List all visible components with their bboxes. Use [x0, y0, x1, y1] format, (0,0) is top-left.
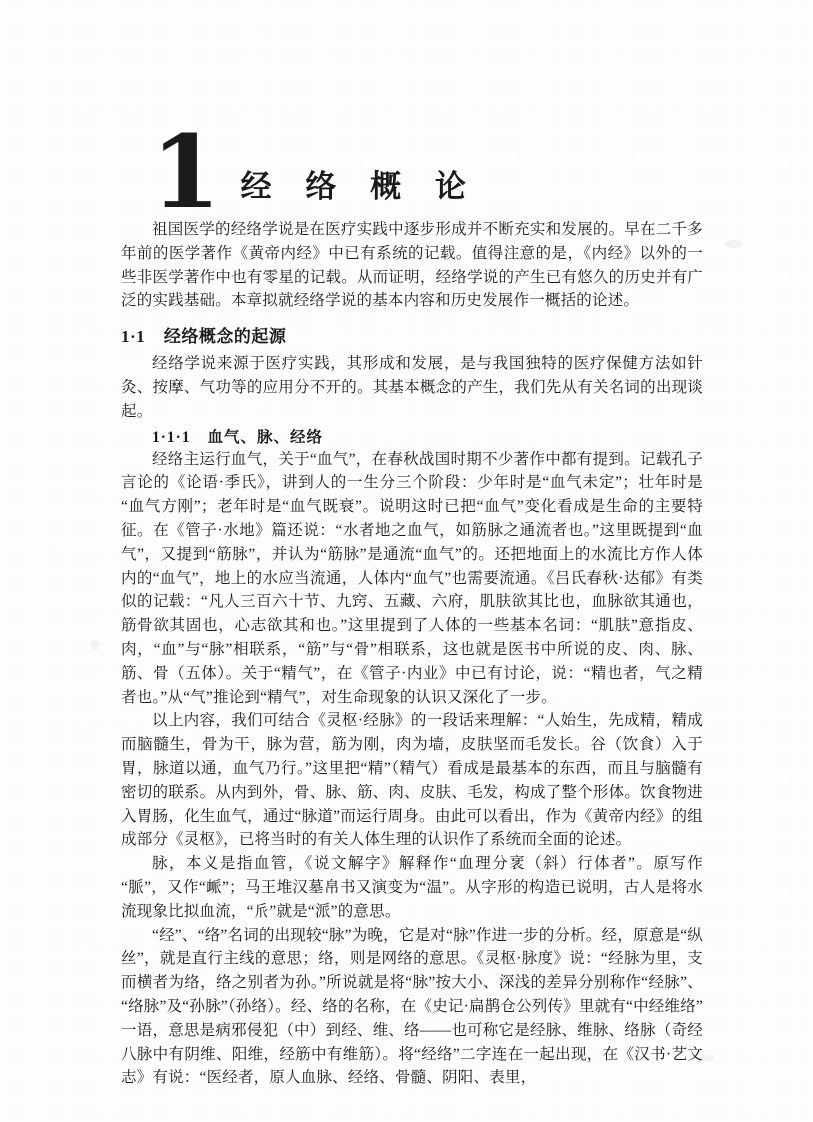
scan-artifact-cross: +: [300, 1049, 306, 1059]
chapter-number: 1: [151, 130, 217, 214]
paragraph-mai-etymology: 脉，本义是指血管，《说文解字》解释作“血理分衺（斜）行体者”。原写作“脈”，又作…: [121, 852, 703, 923]
scan-smudge: [700, 1055, 714, 1061]
section-heading: 1·1 经络概念的起源: [121, 322, 703, 347]
scan-smudge: [725, 240, 743, 248]
section-lead-paragraph: 经络学说来源于医疗实践，其形成和发展，是与我国独特的医疗保健方法如针灸、按摩、气…: [121, 352, 703, 423]
intro-paragraph: 祖国医学的经络学说是在医疗实践中逐步形成并不断充实和发展的。早在二千多年前的医学…: [121, 218, 703, 313]
section-title: 经络概念的起源: [164, 327, 287, 346]
paragraph-jing-luo-terms: “经”、“络”名词的出现较“脉”为晚，它是对“脉”作进一步的分析。经，原意是“纵…: [121, 924, 703, 1091]
subsection-title: 血气、脉、经络: [207, 429, 323, 446]
subsection-heading: 1·1·1 血气、脉、经络: [121, 425, 703, 447]
scanned-book-page: 1 经 络 概 论 祖国医学的经络学说是在医疗实践中逐步形成并不断充实和发展的。…: [0, 0, 813, 1122]
scan-smudge: [90, 640, 100, 650]
chapter-title: 经 络 概 论: [241, 161, 479, 214]
paragraph-blood-qi: 经络主运行血气，关于“血气”，在春秋战国时期不少著作中都有提到。记载孔子言论的《…: [121, 448, 703, 710]
paragraph-lingshu-jingmai: 以上内容，我们可结合《灵枢·经脉》的一段话来理解：“人始生，先成精，精成而脑髓生…: [121, 709, 703, 852]
chapter-header: 1 经 络 概 论: [121, 112, 703, 214]
section-number: 1·1: [121, 327, 145, 346]
page-content: 1 经 络 概 论 祖国医学的经络学说是在医疗实践中逐步形成并不断充实和发展的。…: [121, 112, 703, 1090]
subsection-number: 1·1·1: [152, 429, 191, 446]
